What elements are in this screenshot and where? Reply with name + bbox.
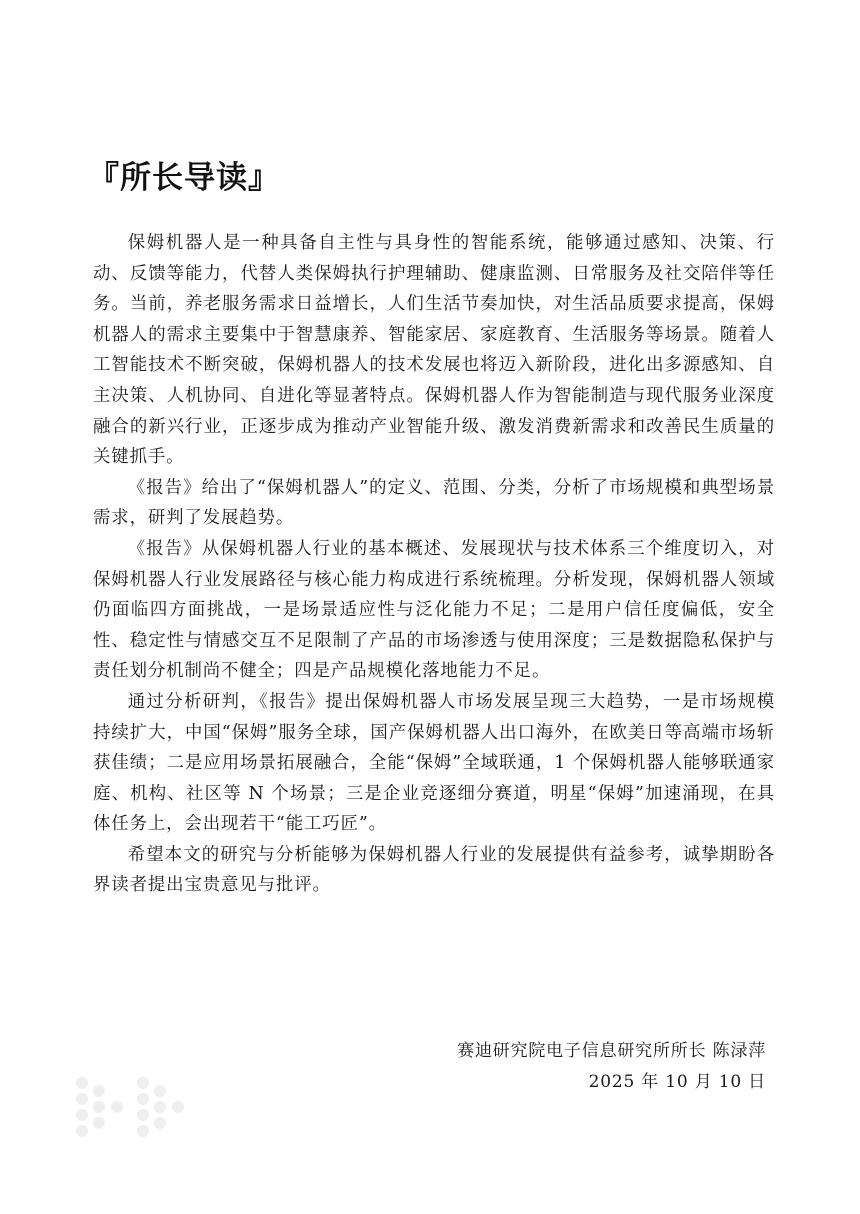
dot xyxy=(154,1117,166,1129)
dot xyxy=(93,1101,105,1113)
dot xyxy=(172,1101,184,1113)
dot xyxy=(137,1109,149,1121)
signature-date: 2025 年 10 月 10 日 xyxy=(457,1067,766,1098)
dot xyxy=(154,1101,166,1113)
dot xyxy=(76,1125,88,1137)
paragraph-challenges: 《报告》从保姆机器人行业的基本概述、发展现状与技术体系三个维度切入，对保姆机器人… xyxy=(93,534,775,687)
dot xyxy=(76,1093,88,1105)
dot xyxy=(137,1093,149,1105)
paragraph-closing: 希望本文的研究与分析能够为保姆机器人行业的发展提供有益参考，诚挚期盼各界读者提出… xyxy=(93,840,775,901)
dot xyxy=(93,1117,105,1129)
body-text: 保姆机器人是一种具备自主性与具身性的智能系统，能够通过感知、决策、行动、反馈等能… xyxy=(93,228,775,901)
paragraph-report-scope: 《报告》给出了“保姆机器人”的定义、范围、分类，分析了市场规模和典型场景需求，研… xyxy=(93,473,775,534)
dot xyxy=(137,1125,149,1137)
dot xyxy=(93,1085,105,1097)
page-title: 『所长导读』 xyxy=(88,152,280,197)
signature-author: 赛迪研究院电子信息研究所所长 陈渌萍 xyxy=(457,1036,766,1067)
signature-block: 赛迪研究院电子信息研究所所长 陈渌萍 2025 年 10 月 10 日 xyxy=(457,1036,766,1098)
dot xyxy=(137,1077,149,1089)
dot xyxy=(154,1085,166,1097)
paragraph-intro: 保姆机器人是一种具备自主性与具身性的智能系统，能够通过感知、决策、行动、反馈等能… xyxy=(93,228,775,473)
dots-arrow-icon xyxy=(70,1070,200,1150)
dot xyxy=(76,1077,88,1089)
dot xyxy=(76,1109,88,1121)
paragraph-trends: 通过分析研判，《报告》提出保姆机器人市场发展呈现三大趋势，一是市场规模持续扩大，… xyxy=(93,687,775,840)
dot xyxy=(111,1101,123,1113)
